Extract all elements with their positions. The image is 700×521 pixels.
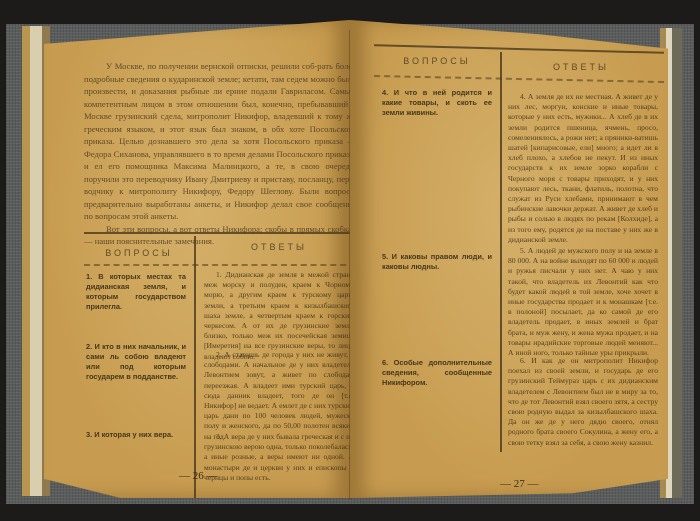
question-4: 4. И что в ней родится и какие товары, и… <box>382 88 492 118</box>
header-divider <box>374 75 664 84</box>
column-header-questions: ВОПРОСЫ <box>84 248 194 258</box>
question-1: 1. В которых местах та дидианская земля,… <box>86 272 186 312</box>
answer-3: 3. А вера де у них бывала греческая и с … <box>204 432 354 483</box>
intro-paragraph: У Москве, по получении вернской отписки,… <box>84 60 356 223</box>
question-6: 6. Особые дополнительные сведения, сообщ… <box>382 358 492 388</box>
question-2: 2. И кто в них начальник, и сами ль собо… <box>86 342 186 382</box>
answer-5: 5. А людей де мужского полу и на земле в… <box>508 246 658 358</box>
header-divider <box>84 264 356 267</box>
answer-2: 2. А ставишь де города у них не живут, а… <box>204 350 354 442</box>
column-header-answers: ОТВЕТЫ <box>506 62 656 72</box>
table-top-rule <box>374 44 664 54</box>
question-3: 3. И которая у них вера. <box>86 430 186 440</box>
column-divider <box>500 52 502 452</box>
table-top-rule <box>84 232 356 234</box>
column-header-answers: ОТВЕТЫ <box>204 242 354 252</box>
question-5: 5. И каковы правом люди, и каковы людны. <box>382 252 492 272</box>
answer-1: 1. Дидианская де земля в межой стране ме… <box>204 270 354 362</box>
intro-text: У Москве, по получении вернской отписки,… <box>84 60 356 248</box>
answer-6: 6. И как де он митрополит Никифор поехал… <box>508 356 658 448</box>
left-page: У Москве, по получении вернской отписки,… <box>44 20 350 498</box>
column-header-questions: ВОПРОСЫ <box>374 56 500 66</box>
right-page: ВОПРОСЫ ОТВЕТЫ 4. И что в ней родится и … <box>350 20 668 498</box>
answer-4: 4. А земля де их не местная. А живет де … <box>508 92 658 245</box>
page-number: — 27 — <box>500 478 539 490</box>
book-photo: У Москве, по получении вернской отписки,… <box>0 0 700 521</box>
page-number: — 26 — <box>179 470 218 482</box>
